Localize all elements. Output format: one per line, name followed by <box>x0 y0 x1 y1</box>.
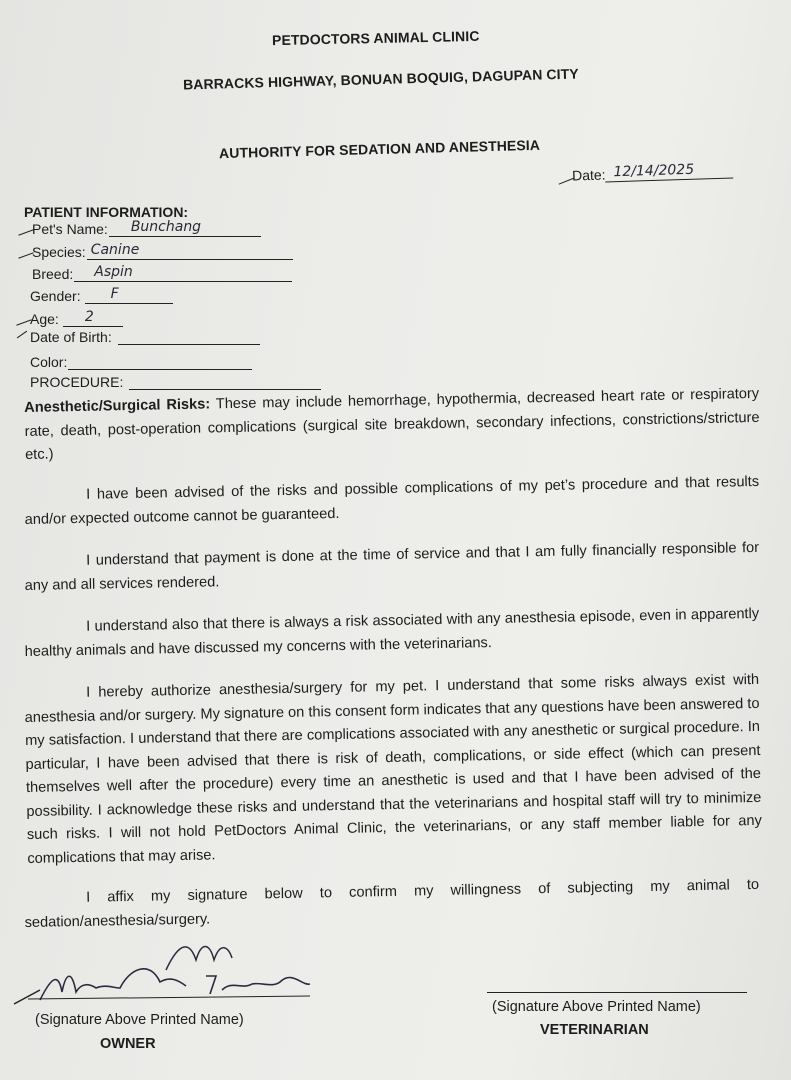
owner-signature-caption: (Signature Above Printed Name) <box>35 1012 244 1028</box>
consent-paragraph-1: I have been advised of the risks and pos… <box>24 471 760 532</box>
risks-paragraph: Anesthetic/Surgical Risks: These may inc… <box>24 383 760 468</box>
clinic-address: BARRACKS HIGHWAY, BONUAN BOQUIG, DAGUPAN… <box>183 65 579 92</box>
consent-paragraph-4: I hereby authorize anesthesia/surgery fo… <box>24 669 762 871</box>
procedure-field[interactable]: PROCEDURE: <box>30 373 321 390</box>
age-value: 2 <box>85 309 94 325</box>
consent-paragraph-5: I affix my signature below to confirm my… <box>24 874 760 935</box>
color-field[interactable]: Color: <box>30 353 252 370</box>
species-field[interactable]: Species: Canine <box>32 243 293 260</box>
veterinarian-signature-line[interactable] <box>487 992 747 993</box>
patient-info-title: PATIENT INFORMATION: <box>24 204 188 220</box>
consent-form-page: PETDOCTORS ANIMAL CLINIC BARRACKS HIGHWA… <box>0 0 791 1080</box>
owner-role-label: OWNER <box>100 1036 156 1052</box>
species-value: Canine <box>91 242 140 258</box>
color-value <box>68 353 252 370</box>
date-field[interactable]: Date:12/14/2025 <box>572 161 734 183</box>
date-value: 12/14/2025 <box>613 162 694 181</box>
date-of-birth-value <box>118 328 260 345</box>
consent-paragraph-3: I understand also that there is always a… <box>24 603 760 664</box>
age-field[interactable]: Age: 2 <box>30 310 123 327</box>
procedure-value <box>129 373 321 390</box>
date-label: Date: <box>572 166 606 183</box>
pets-name-value: Bunchang <box>131 219 201 235</box>
gender-field[interactable]: Gender: F <box>30 287 173 304</box>
form-title: AUTHORITY FOR SEDATION AND ANESTHESIA <box>219 137 540 161</box>
breed-value: Aspin <box>94 264 133 280</box>
gender-value: F <box>111 286 119 302</box>
consent-paragraph-2: I understand that payment is done at the… <box>24 537 760 598</box>
breed-field[interactable]: Breed: Aspin <box>32 265 292 282</box>
veterinarian-signature-caption: (Signature Above Printed Name) <box>492 999 701 1015</box>
risks-heading: Anesthetic/Surgical Risks: <box>24 396 210 416</box>
pets-name-field[interactable]: Pet's Name: Bunchang <box>32 220 261 237</box>
clinic-name: PETDOCTORS ANIMAL CLINIC <box>272 28 480 48</box>
check-mark-icon <box>17 331 27 339</box>
veterinarian-role-label: VETERINARIAN <box>540 1022 649 1038</box>
date-of-birth-field[interactable]: Date of Birth: <box>30 328 260 345</box>
